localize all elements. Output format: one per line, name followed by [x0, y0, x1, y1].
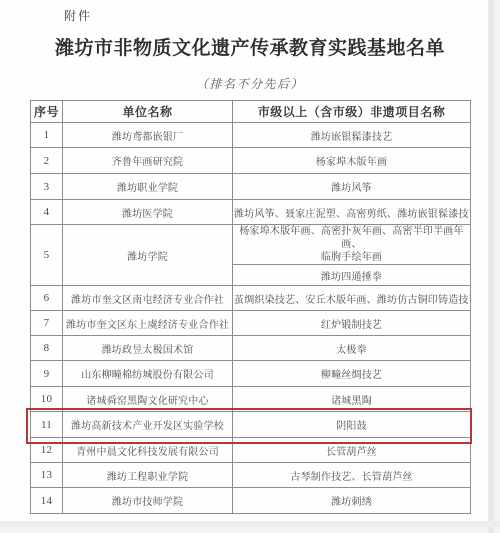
page-edge-bottom — [0, 521, 500, 527]
cell-unit: 潍坊学院 — [63, 225, 233, 286]
cell-no: 1 — [31, 123, 63, 148]
header-project: 市级以上（含市级）非遗项目名称 — [233, 101, 471, 123]
page-subtitle: （排名不分先后） — [0, 75, 500, 92]
cell-unit: 诸城舜窑黑陶文化研究中心 — [63, 387, 233, 412]
cell-project: 杨家埠木版年画、高密扑灰年画、高密半印半画年画、 临朐手绘年画 — [233, 225, 471, 265]
cell-project: 潍坊风筝 — [233, 174, 471, 200]
cell-no: 9 — [31, 361, 63, 387]
cell-project: 柳疃丝绸技艺 — [233, 361, 471, 387]
cell-no: 7 — [31, 311, 63, 336]
base-list-table: 序号 单位名称 市级以上（含市级）非遗项目名称 1 潍坊鸢都嵌银厂 潍坊嵌银髹漆… — [30, 100, 471, 514]
cell-no: 4 — [31, 200, 63, 225]
table-row-highlighted: 11 潍坊高新技术产业开发区实验学校 阴阳鼓 — [31, 412, 471, 438]
cell-project: 红炉锻制技艺 — [233, 311, 471, 336]
cell-unit: 潍坊市技师学院 — [63, 488, 233, 514]
cell-no: 8 — [31, 336, 63, 361]
table-row: 7 潍坊市奎文区东上虞经济专业合作社 红炉锻制技艺 — [31, 311, 471, 336]
cell-no: 11 — [31, 412, 63, 438]
header-no: 序号 — [31, 101, 63, 123]
cell-unit: 潍坊高新技术产业开发区实验学校 — [63, 412, 233, 438]
table-header-row: 序号 单位名称 市级以上（含市级）非遗项目名称 — [31, 101, 471, 123]
cell-no: 13 — [31, 463, 63, 488]
table-row: 5 潍坊学院 杨家埠木版年画、高密扑灰年画、高密半印半画年画、 临朐手绘年画 — [31, 225, 471, 265]
cell-project: 茧绸织染技艺、安丘木版年画、潍坊仿古铜印铸造技艺 — [233, 286, 471, 311]
attachment-label: 附件 — [64, 7, 92, 24]
cell-project: 长管葫芦丝 — [233, 438, 471, 463]
table-row: 3 潍坊职业学院 潍坊风筝 — [31, 174, 471, 200]
page-edge-right — [488, 0, 494, 533]
cell-unit: 潍坊医学院 — [63, 200, 233, 225]
cell-unit: 潍坊职业学院 — [63, 174, 233, 200]
cell-project: 杨家埠木版年画 — [233, 148, 471, 174]
cell-unit: 潍坊工程职业学院 — [63, 463, 233, 488]
table-row: 14 潍坊市技师学院 潍坊刺绣 — [31, 488, 471, 514]
cell-project: 诸城黑陶 — [233, 387, 471, 412]
cell-no: 6 — [31, 286, 63, 311]
table-row: 8 潍坊政昱太极国术馆 太极拳 — [31, 336, 471, 361]
table-row: 2 齐鲁年画研究院 杨家埠木版年画 — [31, 148, 471, 174]
table-row: 12 青州中晨文化科技发展有限公司 长管葫芦丝 — [31, 438, 471, 463]
cell-no: 5 — [31, 225, 63, 286]
cell-unit: 潍坊市奎文区东上虞经济专业合作社 — [63, 311, 233, 336]
table-row: 6 潍坊市奎文区南屯经济专业合作社 茧绸织染技艺、安丘木版年画、潍坊仿古铜印铸造… — [31, 286, 471, 311]
page-title: 潍坊市非物质文化遗产传承教育实践基地名单 — [0, 33, 500, 60]
cell-no: 10 — [31, 387, 63, 412]
cell-no: 2 — [31, 148, 63, 174]
cell-unit: 山东柳疃棉纺城股份有限公司 — [63, 361, 233, 387]
cell-project: 古琴制作技艺、长管葫芦丝 — [233, 463, 471, 488]
document-page: 附件 潍坊市非物质文化遗产传承教育实践基地名单 （排名不分先后） 序号 单位名称… — [0, 0, 494, 527]
cell-project: 阴阳鼓 — [233, 412, 471, 438]
table-row: 1 潍坊鸢都嵌银厂 潍坊嵌银髹漆技艺 — [31, 123, 471, 148]
table-row: 9 山东柳疃棉纺城股份有限公司 柳疃丝绸技艺 — [31, 361, 471, 387]
cell-project: 潍坊刺绣 — [233, 488, 471, 514]
cell-unit: 潍坊政昱太极国术馆 — [63, 336, 233, 361]
table-row: 4 潍坊医学院 潍坊风筝、聂家庄泥塑、高密剪纸、潍坊嵌银髹漆技艺 — [31, 200, 471, 225]
cell-project: 太极拳 — [233, 336, 471, 361]
table-row: 13 潍坊工程职业学院 古琴制作技艺、长管葫芦丝 — [31, 463, 471, 488]
cell-project: 潍坊四通捶拳 — [233, 265, 471, 286]
cell-no: 12 — [31, 438, 63, 463]
cell-project: 潍坊风筝、聂家庄泥塑、高密剪纸、潍坊嵌银髹漆技艺 — [233, 200, 471, 225]
cell-unit: 齐鲁年画研究院 — [63, 148, 233, 174]
header-unit: 单位名称 — [63, 101, 233, 123]
table-row: 10 诸城舜窑黑陶文化研究中心 诸城黑陶 — [31, 387, 471, 412]
cell-project: 潍坊嵌银髹漆技艺 — [233, 123, 471, 148]
cell-no: 14 — [31, 488, 63, 514]
cell-unit: 潍坊鸢都嵌银厂 — [63, 123, 233, 148]
cell-unit: 潍坊市奎文区南屯经济专业合作社 — [63, 286, 233, 311]
cell-no: 3 — [31, 174, 63, 200]
cell-unit: 青州中晨文化科技发展有限公司 — [63, 438, 233, 463]
